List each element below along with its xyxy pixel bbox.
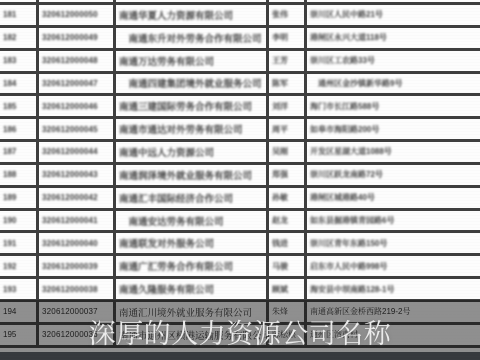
cell-id: 190 [0, 211, 36, 231]
cell-company: 南通华夏人力资源有限公司 [113, 5, 266, 25]
cell-company: 南通三建国际劳务合作有限公司 [113, 96, 266, 116]
table-row: 183320612000048南通万达劳务有限公司王芳崇川区工农路33号 [0, 51, 480, 74]
caption-overlay-text: 深厚的人力资源公司名称 [0, 321, 480, 348]
cell-contact: 李明 [266, 28, 304, 48]
cell-id: 186 [0, 119, 36, 139]
cell-contact: 吴刚 [266, 142, 304, 162]
cell-address-text: 崇川区人民中路21号 [310, 9, 383, 20]
cell-code: 320612000044 [36, 142, 113, 162]
cell-contact-text: 周平 [272, 124, 288, 135]
cell-code: 320612000040 [36, 233, 113, 253]
cell-address: 启东市人民中路998号 [304, 256, 480, 276]
cell-id-text: 189 [3, 193, 16, 202]
cell-company: 南通四建集团境外就业服务公司 [113, 74, 266, 94]
table-row: 192320612000039南通广汇劳务合作有限公司马骏启东市人民中路998号 [0, 256, 480, 279]
cell-code: 320612000043 [36, 165, 113, 185]
cell-contact-text: 马骏 [272, 261, 288, 272]
cell-code-text: 320612000044 [42, 147, 98, 156]
cell-company-text: 南通广汇劳务合作有限公司 [119, 259, 233, 273]
cell-company-text: 南通华夏人力资源有限公司 [119, 8, 233, 22]
cell-company: 南通安达劳务有限公司 [113, 211, 266, 231]
cell-address-text: 如东县掘港镇青园路6号 [310, 215, 394, 226]
cell-address-text: 港闸区永兴大道118号 [310, 32, 387, 43]
cell-id: 183 [0, 51, 36, 71]
cell-address-text: 崇川区跃龙南路72号 [310, 169, 383, 180]
cell-company: 南通联发对外服务公司 [113, 233, 266, 253]
cell-contact [266, 0, 304, 2]
cell-contact-text: 郑强 [272, 169, 288, 180]
cell-id: 184 [0, 74, 36, 94]
cell-id: 191 [0, 233, 36, 253]
cell-company: 南通广汇劳务合作有限公司 [113, 256, 266, 276]
cell-address: 通州区金沙镇新华路9号 [304, 74, 480, 94]
table-row: 189320612000042南通汇丰国际经济合作公司孙敏港闸区城港路40号 [0, 188, 480, 211]
cell-address: 开发区星湖大道1088号 [304, 142, 480, 162]
cell-contact-text: 李明 [272, 32, 288, 43]
table-row: 186320612000045南通市通达对外劳务有限公司周平如皋市海阳路200号 [0, 119, 480, 142]
cell-company: 南通中远人力资源公司 [113, 142, 266, 162]
cell-company-text: 南通万达劳务有限公司 [119, 54, 214, 68]
cell-contact-text: 钱进 [272, 238, 288, 249]
cell-address: 崇川区工农路33号 [304, 51, 480, 71]
cell-code-text: 320612000045 [42, 125, 98, 134]
cell-contact: 顾斌 [266, 279, 304, 299]
cell-id: 188 [0, 165, 36, 185]
cell-code: 320612000038 [36, 279, 113, 299]
cell-company: 南通万达劳务有限公司 [113, 51, 266, 71]
cell-company: 南通市通达对外劳务有限公司 [113, 119, 266, 139]
table-row: 188320612000043南通润泽境外就业服务有限公司郑强崇川区跃龙南路72… [0, 165, 480, 188]
cell-code-text: 320612000050 [42, 10, 98, 19]
cell-id [0, 0, 36, 2]
cell-company-text: 南通汇丰国际经济合作公司 [119, 191, 233, 205]
cell-id-text: 181 [3, 10, 16, 19]
cell-address: 如皋市海阳路200号 [304, 119, 480, 139]
cell-code: 320612000039 [36, 256, 113, 276]
cell-code-text: 320612000039 [42, 262, 98, 271]
cell-code: 320612000042 [36, 188, 113, 208]
cell-code: 320612000046 [36, 96, 113, 116]
cell-code: 320612000041 [36, 211, 113, 231]
cell-address: 海安县中坝南路128-1号 [304, 279, 480, 299]
cell-company: 南通久隆服务有限公司 [113, 279, 266, 299]
cell-id-text: 191 [3, 239, 16, 248]
cell-contact: 郑强 [266, 165, 304, 185]
cell-contact-text: 吴刚 [272, 146, 288, 157]
cell-address-text: 如皋市海阳路200号 [310, 124, 379, 135]
cell-code-text: 320612000040 [42, 239, 98, 248]
cell-id-text: 184 [3, 79, 16, 88]
cell-id-text: 185 [3, 102, 16, 111]
cell-code-text: 320612000038 [42, 285, 98, 294]
cell-contact-text: 刘洋 [272, 101, 288, 112]
cell-company [113, 0, 266, 2]
cell-company-text: 南通润泽境外就业服务有限公司 [119, 168, 252, 182]
table-row: 185320612000046南通三建国际劳务合作有限公司刘洋海门市长江路588… [0, 96, 480, 119]
cell-id-text: 188 [3, 170, 16, 179]
bottom-bar [0, 352, 480, 360]
cell-contact-text: 孙敏 [272, 192, 288, 203]
cell-company-text: 南通四建集团境外就业服务公司 [119, 76, 262, 90]
cell-address-text: 港闸区城港路40号 [310, 192, 375, 203]
companies-table: 181320612000050南通华夏人力资源有限公司张伟崇川区人民中路21号1… [0, 0, 480, 348]
cell-company-text: 南通东升对外劳务合作有限公司 [119, 31, 262, 45]
cell-contact: 马骏 [266, 256, 304, 276]
cell-contact: 周平 [266, 119, 304, 139]
cell-contact: 张伟 [266, 5, 304, 25]
cell-id: 187 [0, 142, 36, 162]
cell-code-text: 320612000048 [42, 56, 98, 65]
cell-code-text: 320612000049 [42, 33, 98, 42]
cell-code: 320612000050 [36, 5, 113, 25]
cell-code-text: 320612000043 [42, 170, 98, 179]
cell-contact: 钱进 [266, 233, 304, 253]
cell-contact: 赵龙 [266, 211, 304, 231]
cell-address: 崇川区人民中路21号 [304, 5, 480, 25]
cell-id-text: 183 [3, 56, 16, 65]
cell-company-text: 南通市通达对外劳务有限公司 [119, 122, 243, 136]
table-row: 182320612000049 南通东升对外劳务合作有限公司李明港闸区永兴大道1… [0, 28, 480, 51]
table-row: 184320612000047 南通四建集团境外就业服务公司陈军 通州区金沙镇新… [0, 74, 480, 97]
cell-code [36, 0, 113, 2]
cell-id: 193 [0, 279, 36, 299]
cell-id-text: 182 [3, 33, 16, 42]
cell-code-text: 320612000041 [42, 216, 98, 225]
cell-company-text: 南通久隆服务有限公司 [119, 282, 214, 296]
scanned-table-page: 181320612000050南通华夏人力资源有限公司张伟崇川区人民中路21号1… [0, 0, 480, 360]
cell-contact-text: 王芳 [272, 55, 288, 66]
cell-address: 崇川区跃龙南路72号 [304, 165, 480, 185]
cell-contact-text: 赵龙 [272, 215, 288, 226]
cell-contact: 陈军 [266, 74, 304, 94]
cell-contact: 刘洋 [266, 96, 304, 116]
cell-id-text: 187 [3, 147, 16, 156]
cell-company-text: 南通安达劳务有限公司 [119, 214, 224, 228]
cell-contact: 孙敏 [266, 188, 304, 208]
cell-id-text: 192 [3, 262, 16, 271]
table-row: 181320612000050南通华夏人力资源有限公司张伟崇川区人民中路21号 [0, 5, 480, 28]
cell-id: 182 [0, 28, 36, 48]
cell-code-text: 320612000046 [42, 102, 98, 111]
cell-company-text: 南通联发对外服务公司 [119, 236, 214, 250]
cell-contact-text: 陈军 [272, 78, 288, 89]
cell-company: 南通东升对外劳务合作有限公司 [113, 28, 266, 48]
cell-address-text: 海安县中坝南路128-1号 [310, 284, 394, 295]
cell-company: 南通润泽境外就业服务有限公司 [113, 165, 266, 185]
cell-address: 崇川区青年东路150号 [304, 233, 480, 253]
table-row: 187320612000044南通中远人力资源公司吴刚开发区星湖大道1088号 [0, 142, 480, 165]
cell-company-text: 南通三建国际劳务合作有限公司 [119, 99, 252, 113]
cell-address-text: 开发区星湖大道1088号 [310, 146, 392, 157]
cell-address: 港闸区城港路40号 [304, 188, 480, 208]
cell-code: 320612000045 [36, 119, 113, 139]
cell-id: 192 [0, 256, 36, 276]
cell-contact: 王芳 [266, 51, 304, 71]
cell-address: 如东县掘港镇青园路6号 [304, 211, 480, 231]
cell-id-text: 193 [3, 285, 16, 294]
cell-code: 320612000049 [36, 28, 113, 48]
table-row: 191320612000040南通联发对外服务公司钱进崇川区青年东路150号 [0, 233, 480, 256]
cell-address: 海门市长江路588号 [304, 96, 480, 116]
cell-contact-text: 顾斌 [272, 284, 288, 295]
cell-address: 港闸区永兴大道118号 [304, 28, 480, 48]
cell-code: 320612000047 [36, 74, 113, 94]
cell-id: 185 [0, 96, 36, 116]
table-row: 193320612000038南通久隆服务有限公司顾斌海安县中坝南路128-1号 [0, 279, 480, 302]
cell-address-text: 启东市人民中路998号 [310, 261, 387, 272]
cell-address [304, 0, 480, 2]
cell-address-text: 海门市长江路588号 [310, 101, 379, 112]
cell-code-text: 320612000047 [42, 79, 98, 88]
cell-id-text: 190 [3, 216, 16, 225]
cell-contact-text: 张伟 [272, 9, 288, 20]
cell-code: 320612000048 [36, 51, 113, 71]
cell-id-text: 186 [3, 125, 16, 134]
cell-company-text: 南通中远人力资源公司 [119, 145, 214, 159]
cell-id: 189 [0, 188, 36, 208]
table-row: 190320612000041 南通安达劳务有限公司赵龙如东县掘港镇青园路6号 [0, 211, 480, 234]
cell-id: 181 [0, 5, 36, 25]
cell-address-text: 崇川区工农路33号 [310, 55, 375, 66]
cell-address-text: 崇川区青年东路150号 [310, 238, 387, 249]
cell-address-text: 通州区金沙镇新华路9号 [310, 78, 402, 89]
cell-code-text: 320612000042 [42, 193, 98, 202]
cell-company: 南通汇丰国际经济合作公司 [113, 188, 266, 208]
